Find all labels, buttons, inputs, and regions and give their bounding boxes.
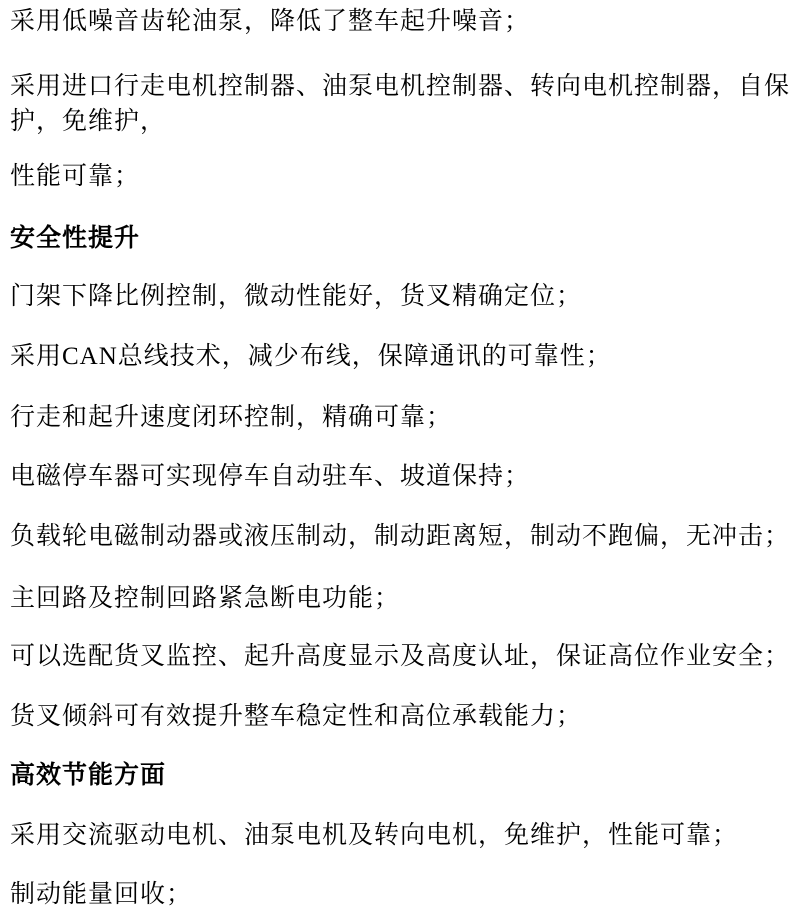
section-heading-efficiency: 高效节能方面 [10, 762, 166, 791]
paragraph-line: 负载轮电磁制动器或液压制动，制动距离短，制动不跑偏，无冲击； [10, 523, 790, 552]
paragraph-line: 制动能量回收； [10, 881, 192, 910]
paragraph-line: 采用低噪音齿轮油泵，降低了整车起升噪音； [10, 8, 530, 37]
paragraph-line: 行走和起升速度闭环控制，精确可靠； [10, 404, 452, 433]
section-heading-safety: 安全性提升 [10, 225, 140, 254]
paragraph-line: 货叉倾斜可有效提升整车稳定性和高位承载能力； [10, 703, 582, 732]
paragraph-line: 主回路及控制回路紧急断电功能； [10, 585, 400, 614]
paragraph-line: 可以选配货叉监控、起升高度显示及高度认址，保证高位作业安全； [10, 643, 790, 672]
paragraph-line: 电磁停车器可实现停车自动驻车、坡道保持； [10, 463, 530, 492]
paragraph-line: 性能可靠； [10, 163, 140, 192]
paragraph-line: 采用交流驱动电机、油泵电机及转向电机，免维护，性能可靠； [10, 822, 738, 851]
paragraph-line: 采用CAN总线技术，减少布线，保障通讯的可靠性； [10, 343, 612, 372]
document-page: 采用低噪音齿轮油泵，降低了整车起升噪音； 采用进口行走电机控制器、油泵电机控制器… [0, 0, 800, 912]
paragraph-line: 护，免维护， [10, 108, 166, 137]
paragraph-line: 门架下降比例控制，微动性能好，货叉精确定位； [10, 283, 582, 312]
paragraph-line: 采用进口行走电机控制器、油泵电机控制器、转向电机控制器，自保 [10, 73, 790, 102]
